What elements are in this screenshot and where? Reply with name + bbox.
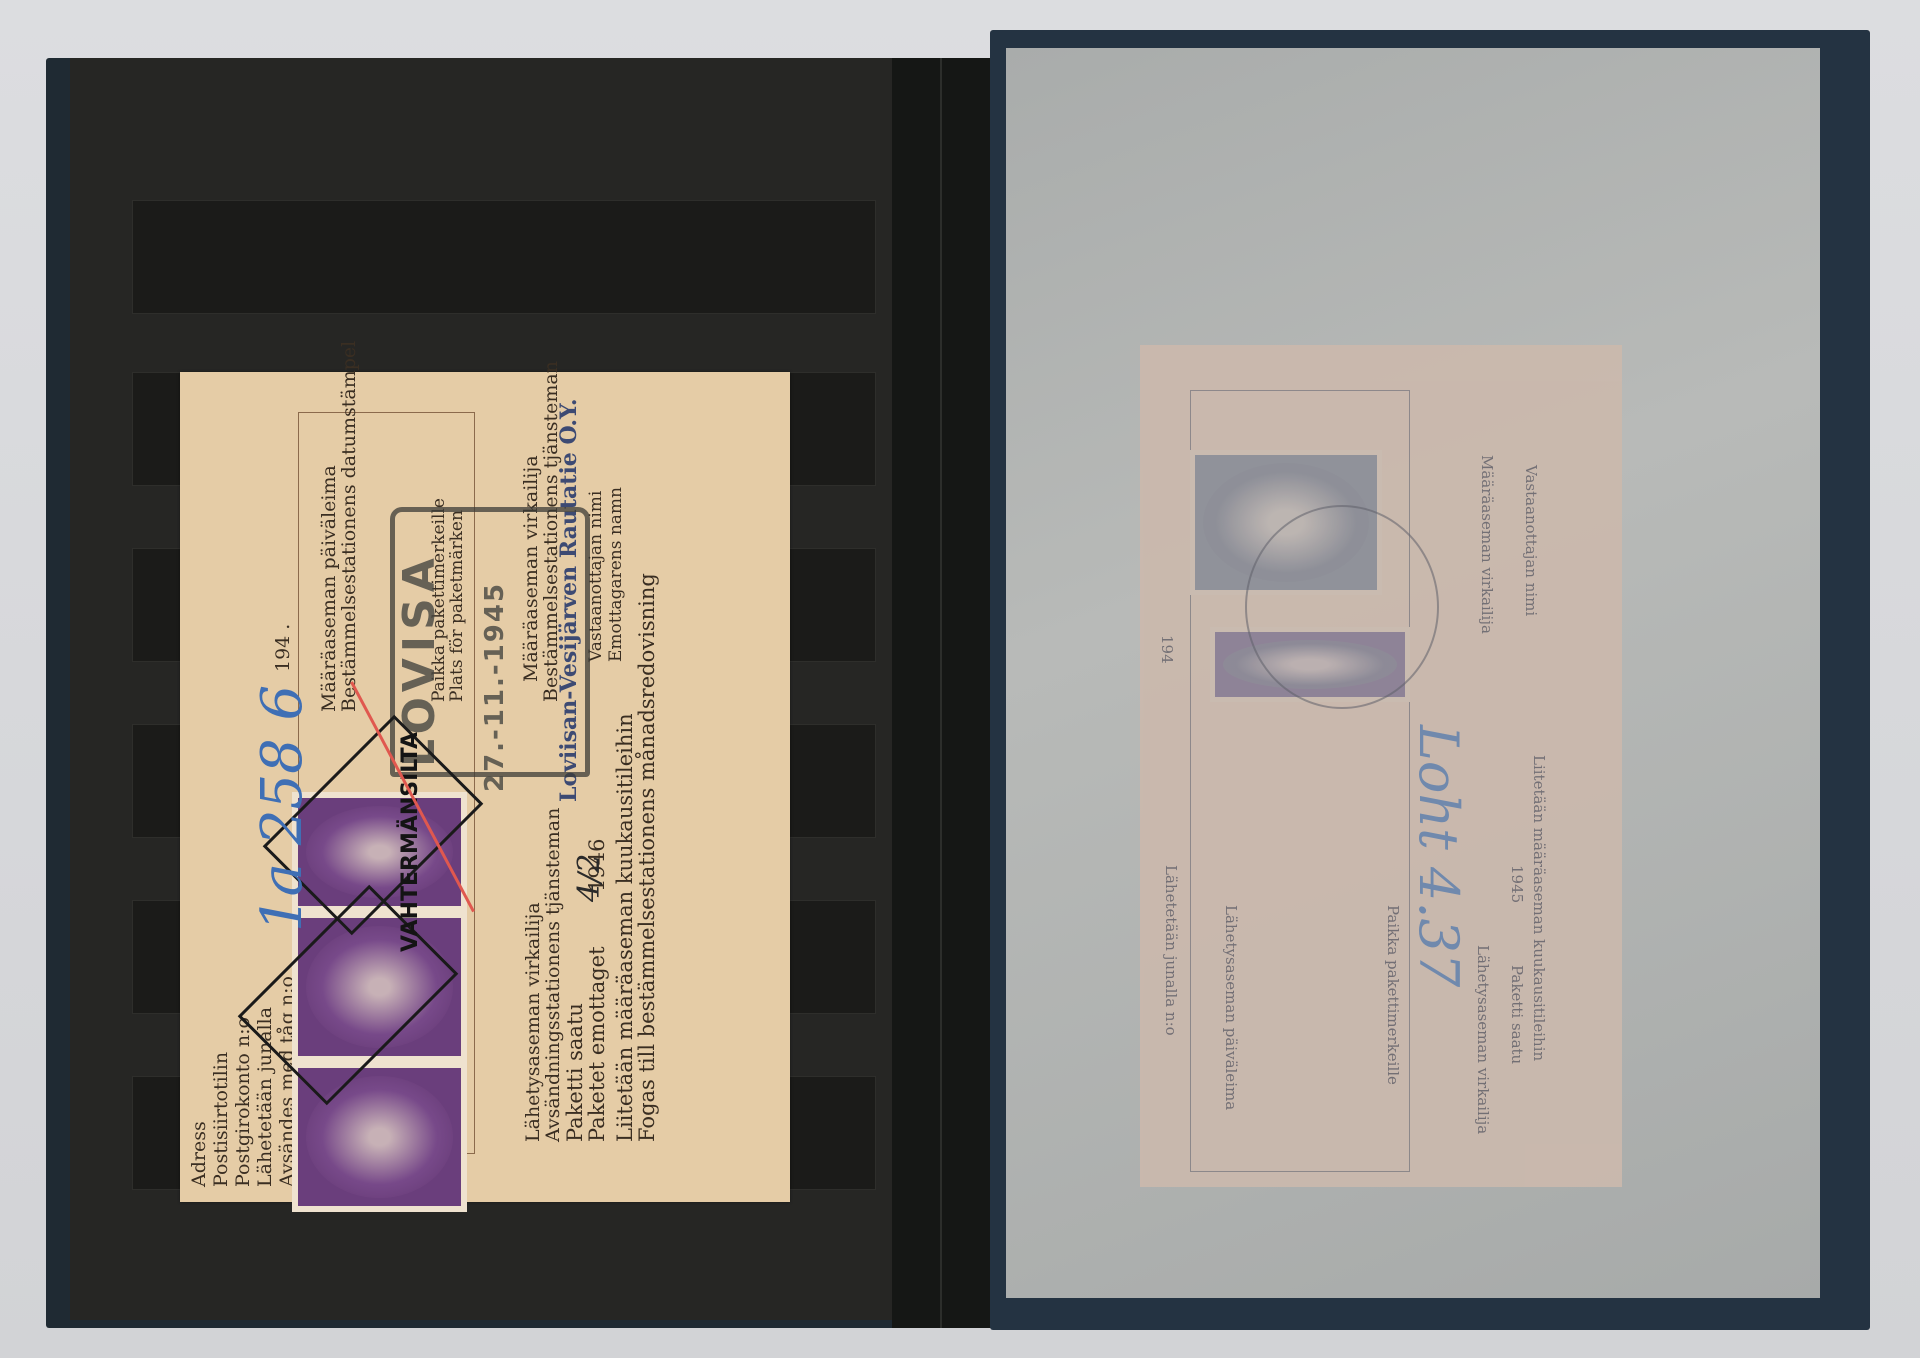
right-label: Paketti saatu bbox=[1508, 965, 1526, 1064]
right-year: 1945 bbox=[1508, 865, 1526, 903]
right-handwriting: Loht 4.37 bbox=[1407, 725, 1470, 987]
recipient-sv: Emottagarens namn bbox=[605, 487, 627, 662]
date-line: 194 . bbox=[272, 624, 294, 672]
right-date-prefix: 194 bbox=[1158, 635, 1176, 664]
monthly-sv: Fogas till bestämmelsestationens månadsr… bbox=[636, 573, 658, 1142]
box-header-fi: Määräaseman päiväleima bbox=[318, 465, 340, 712]
received-fi: Paketti saatu bbox=[564, 1003, 586, 1142]
right-label: Lähetysaseman päiväleima bbox=[1222, 905, 1240, 1110]
right-label: Lähetetään junalla n:o bbox=[1162, 865, 1180, 1036]
round-postmark bbox=[1245, 505, 1439, 709]
label-postisiirtotilin: Postisiirtotilin bbox=[210, 1052, 232, 1187]
parcel-card-left: Adress Postisiirtotilin Postgirokonto n:… bbox=[180, 372, 790, 1202]
monthly-fi: Liitetään määräaseman kuukausitileihin bbox=[614, 713, 636, 1142]
sender-fi: Lähetysaseman virkailija bbox=[522, 902, 544, 1142]
label-postgirokonto: Postgirokonto n:o bbox=[232, 1017, 254, 1187]
box-header-sv: Bestämmelsestationens datumstämpel bbox=[338, 341, 360, 712]
lovisa-postmark-date: 27.-11.-1945 bbox=[480, 582, 510, 792]
right-label: Lähetysaseman virkailija bbox=[1474, 945, 1492, 1134]
handwritten-number: 1a 258 6 bbox=[250, 685, 315, 932]
right-label: Vastaanottajan nimi bbox=[1522, 465, 1540, 616]
spine-hinge bbox=[940, 58, 942, 1328]
received-sv: Paketet emottaget bbox=[586, 946, 608, 1142]
stock-strip bbox=[132, 200, 876, 314]
handwritten-date: 4/2 bbox=[572, 854, 607, 902]
right-label: Paikka pakettimerkeille bbox=[1384, 905, 1402, 1085]
cancel-text: VAHTERMÄNSILTA bbox=[400, 732, 422, 952]
label-adress: Adress bbox=[188, 1121, 210, 1187]
right-label: Liitetään määräaseman kuukausitileihin bbox=[1530, 755, 1548, 1061]
parcel-card-right: Lähetetään junalla n:o Lähetysaseman päi… bbox=[1140, 345, 1622, 1187]
right-label: Määräaseman virkailija bbox=[1478, 455, 1496, 634]
sender-sv: Avsändningsstationens tjänsteman bbox=[542, 808, 564, 1142]
